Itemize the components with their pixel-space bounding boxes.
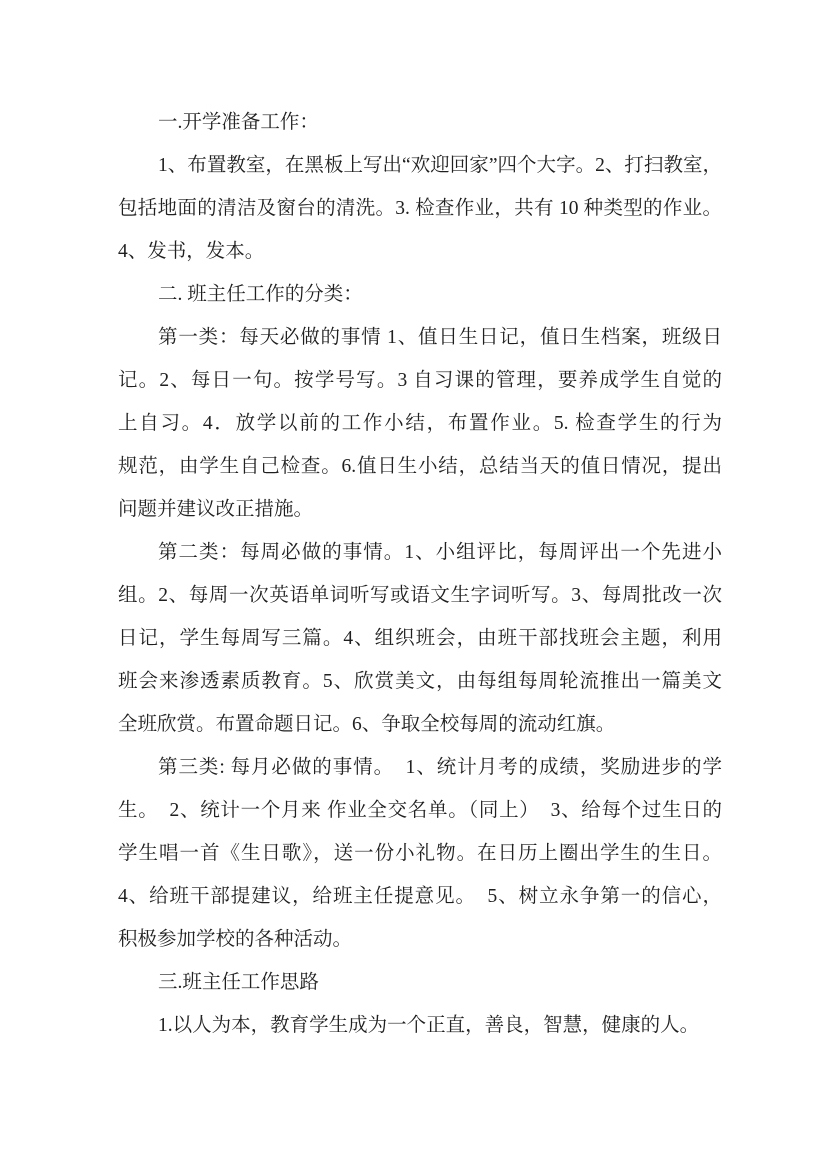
heading-line: 三.班主任工作思路 xyxy=(118,961,722,1004)
text-line: 第三类: 每月必做的事情。 1、统计月考的成绩，奖励进步的学 xyxy=(118,746,722,789)
section1-heading: 一.开学准备工作： xyxy=(118,101,722,144)
text-line: 记。2、每日一句。按学号写。3 自习课的管理，要养成学生自觉的 xyxy=(118,359,722,402)
text-line: 组。2、每周一次英语单词听写或语文生字词听写。3、每周批改一次 xyxy=(118,574,722,617)
text-line: 4、发书，发本。 xyxy=(118,230,722,273)
text-line: 积极参加学校的各种活动。 xyxy=(118,918,722,961)
document-content: 一.开学准备工作： 1、布置教室，在黑板上写出“欢迎回家”四个大字。2、打扫教室… xyxy=(118,101,722,1047)
text-line: 日记，学生每周写三篇。4、组织班会，由班干部找班会主题，利用 xyxy=(118,617,722,660)
section2-category1-paragraph: 第一类：每天必做的事情 1、值日生日记，值日生档案，班级日 记。2、每日一句。按… xyxy=(118,316,722,531)
section3-heading: 三.班主任工作思路 xyxy=(118,961,722,1004)
heading-line: 二. 班主任工作的分类： xyxy=(118,273,722,316)
text-line: 问题并建议改正措施。 xyxy=(118,488,722,531)
text-line: 生。 2、统计一个月来 作业全交名单。（同上） 3、给每个过生日的 xyxy=(118,789,722,832)
text-line: 全班欣赏。布置命题日记。6、争取全校每周的流动红旗。 xyxy=(118,703,722,746)
section1-body-paragraph: 1、布置教室，在黑板上写出“欢迎回家”四个大字。2、打扫教室， 包括地面的清洁及… xyxy=(118,144,722,273)
document-page: 一.开学准备工作： 1、布置教室，在黑板上写出“欢迎回家”四个大字。2、打扫教室… xyxy=(0,0,827,1169)
text-line: 班会来渗透素质教育。5、欣赏美文，由每组每周轮流推出一篇美文 xyxy=(118,660,722,703)
text-line: 规范，由学生自己检查。6.值日生小结，总结当天的值日情况，提出 xyxy=(118,445,722,488)
section2-category3-paragraph: 第三类: 每月必做的事情。 1、统计月考的成绩，奖励进步的学 生。 2、统计一个… xyxy=(118,746,722,961)
section2-category2-paragraph: 第二类：每周必做的事情。1、小组评比，每周评出一个先进小 组。2、每周一次英语单… xyxy=(118,531,722,746)
text-line: 包括地面的清洁及窗台的清洗。3. 检查作业，共有 10 种类型的作业。 xyxy=(118,187,722,230)
section2-heading: 二. 班主任工作的分类： xyxy=(118,273,722,316)
text-line: 学生唱一首《生日歌》，送一份小礼物。在日历上圈出学生的生日。 xyxy=(118,832,722,875)
text-line: 第二类：每周必做的事情。1、小组评比，每周评出一个先进小 xyxy=(118,531,722,574)
text-line: 1.以人为本，教育学生成为一个正直，善良，智慧，健康的人。 xyxy=(118,1004,722,1047)
text-line: 4、给班干部提建议，给班主任提意见。 5、树立永争第一的信心， xyxy=(118,875,722,918)
heading-line: 一.开学准备工作： xyxy=(118,101,722,144)
text-line: 第一类：每天必做的事情 1、值日生日记，值日生档案，班级日 xyxy=(118,316,722,359)
section3-body-paragraph: 1.以人为本，教育学生成为一个正直，善良，智慧，健康的人。 xyxy=(118,1004,722,1047)
text-line: 1、布置教室，在黑板上写出“欢迎回家”四个大字。2、打扫教室， xyxy=(118,144,722,187)
text-line: 上自习。4．放学以前的工作小结，布置作业。5. 检查学生的行为 xyxy=(118,402,722,445)
